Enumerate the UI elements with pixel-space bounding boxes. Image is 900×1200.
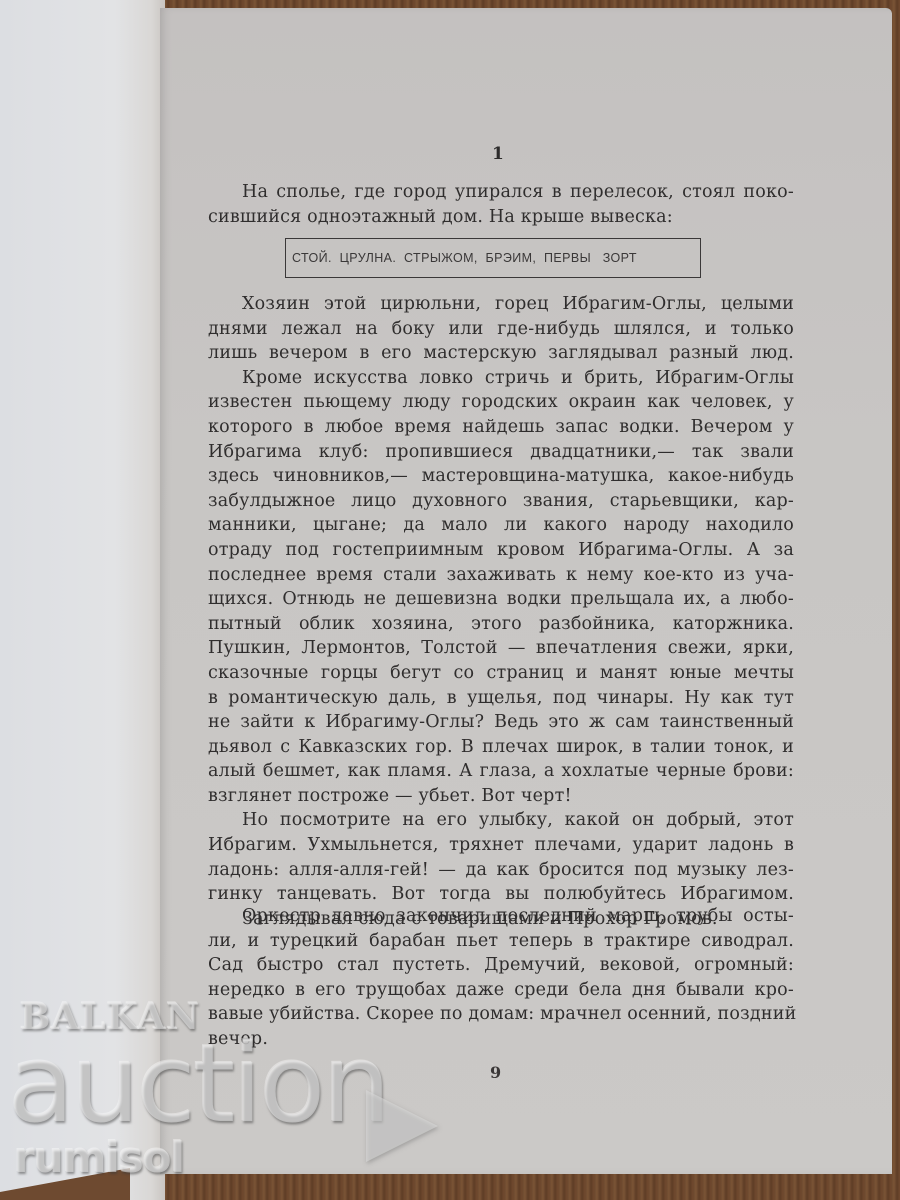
- watermark-rumisol: rumisol: [14, 1133, 184, 1182]
- text-line: Кроме искусства ловко стричь и брить, Иб…: [208, 366, 794, 391]
- text-line: днями лежал на боку или где-нибудь шлялс…: [208, 317, 794, 342]
- text-line: На сполье, где город упирался в перелесо…: [208, 180, 794, 205]
- text-line: алый бешмет, как пламя. А глаза, а хохла…: [208, 759, 794, 784]
- text-line: Ибрагим. Ухмыльнется, тряхнет плечами, у…: [208, 833, 794, 858]
- text-line: нередко в его трущобах даже среди бела д…: [208, 978, 794, 1003]
- text-line: которого в любое время найдешь запас вод…: [208, 415, 794, 440]
- text-line: дьявол с Кавказских гор. В плечах широк,…: [208, 735, 794, 760]
- paragraph-intro: На сполье, где город упирался в перелесо…: [208, 180, 794, 229]
- text-line: в романтическую даль, в ущелья, под чина…: [208, 686, 794, 711]
- text-line: известен пьющему люду городских окраин к…: [208, 390, 794, 415]
- watermark-auction: auction: [8, 1022, 388, 1147]
- text-line: лишь вечером в его мастерскую заглядывал…: [208, 341, 794, 366]
- text-line: сказочные горцы бегут со страниц и манят…: [208, 661, 794, 686]
- text-line: Пушкин, Лермонтов, Толстой — впечатления…: [208, 636, 794, 661]
- text-line: забулдыжное лицо духовного звания, старь…: [208, 489, 794, 514]
- text-line: взглянет построже — убьет. Вот черт!: [208, 784, 794, 809]
- paragraph-main: Хозяин этой цирюльни, горец Ибрагим-Оглы…: [208, 292, 794, 931]
- shop-sign: СТОЙ. ЦРУЛНА. СТРЫЖОМ, БРЭИМ, ПЕРВЫ ЗОРТ: [285, 238, 701, 278]
- page-number: 9: [490, 1063, 501, 1082]
- text-line: пытный облик хозяина, этого разбойника, …: [208, 612, 794, 637]
- text-line: последнее время стали захаживать к нему …: [208, 563, 794, 588]
- text-line: Оркестр давно закончил последний марш, т…: [208, 904, 794, 929]
- watermark-play-icon: [366, 1090, 438, 1162]
- text-line: не зайти к Ибрагиму-Оглы? Ведь это ж сам…: [208, 710, 794, 735]
- text-line: Но посмотрите на его улыбку, какой он до…: [208, 808, 794, 833]
- chapter-number: 1: [492, 144, 504, 164]
- text-line: щихся. Отнюдь не дешевизна водки прельща…: [208, 587, 794, 612]
- text-line: ли, и турецкий барабан пьет теперь в тра…: [208, 929, 794, 954]
- text-line: сившийся одноэтажный дом. На крыше вывес…: [208, 205, 794, 230]
- text-line: Сад быстро стал пустеть. Дремучий, веков…: [208, 953, 794, 978]
- text-line: ладонь: алля-алля-гей! — да как бросится…: [208, 858, 794, 883]
- text-line: манники, цыгане; да мало ли какого народ…: [208, 513, 794, 538]
- text-line: Ибрагима клуб: пропившиеся двадцатники,—…: [208, 440, 794, 465]
- text-line: здесь чиновников,— мастеровщина-матушка,…: [208, 464, 794, 489]
- text-line: Хозяин этой цирюльни, горец Ибрагим-Оглы…: [208, 292, 794, 317]
- text-line: отраду под гостеприимным кровом Ибрагима…: [208, 538, 794, 563]
